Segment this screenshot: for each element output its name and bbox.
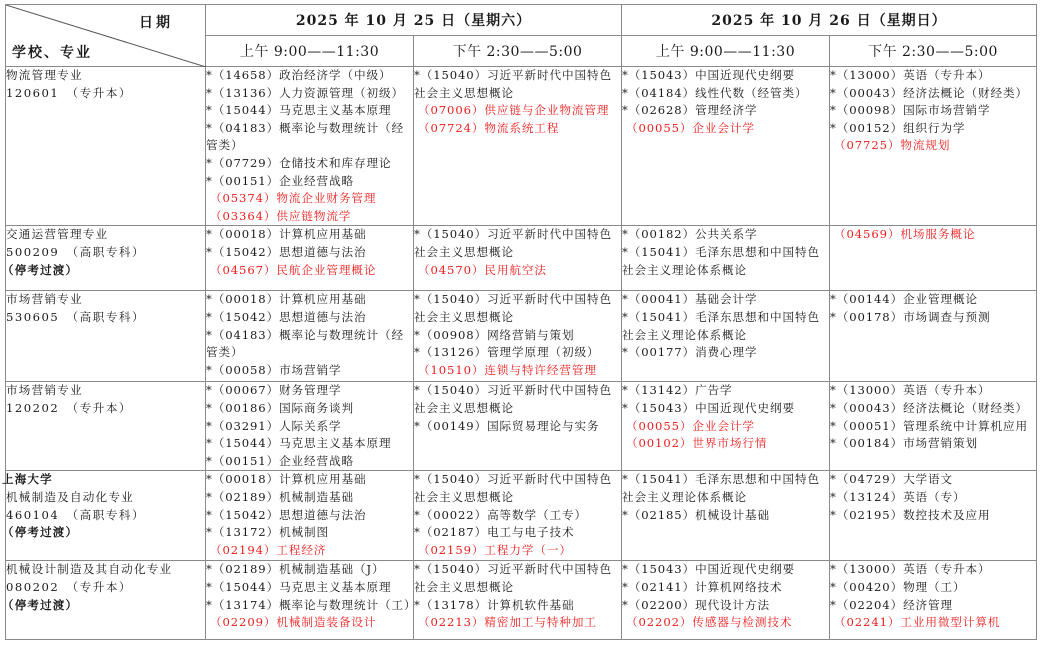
course-item: *（00018）计算机应用基础 <box>206 226 413 244</box>
exam-slot-cell: *（00182）公共关系学*（15041）毛泽东思想和中国特色社会主义理论体系概… <box>622 226 830 291</box>
major-name: 市场营销专业 <box>6 382 205 400</box>
course-item-highlighted: （03364）供应链物流学 <box>206 208 413 226</box>
course-item: *（00018）计算机应用基础 <box>206 291 413 309</box>
course-item-highlighted: （02209）机械制造装备设计 <box>206 614 413 632</box>
slot-header-day2-am: 上午 9:00——11:30 <box>622 36 830 67</box>
exam-slot-cell: *（15040）习近平新时代中国特色社会主义思想概论（04570）民用航空法 <box>414 226 622 291</box>
course-item: *（02204）经济管理 <box>830 597 1036 615</box>
course-item: *（00151）企业经营战略 <box>206 453 413 471</box>
exam-slot-cell: *（15041）毛泽东思想和中国特色社会主义理论体系概论*（02185）机械设计… <box>622 471 830 561</box>
exam-slot-cell: *（15040）习近平新时代中国特色社会主义思想概论*（00149）国际贸易理论… <box>414 382 622 471</box>
course-item: *（15041）毛泽东思想和中国特色社会主义理论体系概论 <box>622 309 829 344</box>
transition-note: （停考过渡） <box>2 597 205 615</box>
course-item: *（00184）市场营销策划 <box>830 435 1036 453</box>
course-item-highlighted: （00055）企业会计学 <box>622 120 829 138</box>
course-item-highlighted: （07724）物流系统工程 <box>414 120 621 138</box>
course-item: *（15044）马克思主义基本原理 <box>206 435 413 453</box>
course-item: *（15043）中国近现代史纲要 <box>622 561 829 579</box>
course-item: *（13000）英语（专升本） <box>830 382 1036 400</box>
exam-slot-cell: *（14658）政治经济学（中级）*（13136）人力资源管理（初级）*（150… <box>206 67 414 226</box>
course-item: *（00051）管理系统中计算机应用 <box>830 418 1036 436</box>
course-item: *（15040）习近平新时代中国特色社会主义思想概论 <box>414 382 621 417</box>
course-item: *（04183）概率论与数理统计（经管类） <box>206 327 413 362</box>
course-item-highlighted: （02194）工程经济 <box>206 542 413 560</box>
course-item: *（15041）毛泽东思想和中国特色社会主义理论体系概论 <box>622 244 829 279</box>
transition-note: （停考过渡） <box>2 524 205 542</box>
exam-slot-cell: （04569）机场服务概论 <box>830 226 1037 291</box>
exam-slot-cell: *（13000）英语（专升本）*（00043）经济法概论（财经类）*（00051… <box>830 382 1037 471</box>
course-item: *（02185）机械设计基础 <box>622 507 829 525</box>
course-item: *（15041）毛泽东思想和中国特色社会主义理论体系概论 <box>622 471 829 506</box>
course-item: *（00186）国际商务谈判 <box>206 400 413 418</box>
course-item: *（13000）英语（专升本） <box>830 561 1036 579</box>
course-item-highlighted: （04570）民用航空法 <box>414 262 621 280</box>
course-item: *（13136）人力资源管理（初级） <box>206 85 413 103</box>
course-item: *（02628）管理经济学 <box>622 102 829 120</box>
table-row: 市场营销专业120202 （专升本）*（00067）财务管理学*（00186）国… <box>6 382 1037 471</box>
course-item-highlighted: （02241）工业用微型计算机 <box>830 614 1036 632</box>
course-item: *（15040）习近平新时代中国特色社会主义思想概论 <box>414 291 621 326</box>
course-item-highlighted: （02159）工程力学（一） <box>414 542 621 560</box>
course-item: *（13174）概率论与数理统计（工） <box>206 597 413 615</box>
exam-slot-cell: *（02189）机械制造基础（J）*（15044）马克思主义基本原理*（1317… <box>206 561 414 640</box>
major-name: 机械设计制造及其自动化专业 <box>6 561 205 579</box>
major-code-level: 120601 （专升本） <box>6 85 205 103</box>
course-item: *（00151）企业经营战略 <box>206 173 413 191</box>
corner-date-label: 日期 <box>139 12 173 32</box>
course-item-highlighted: （00055）企业会计学 <box>622 418 829 436</box>
major-name: 机械制造及自动化专业 <box>6 489 205 507</box>
course-item: *（04184）线性代数（经管类） <box>622 85 829 103</box>
course-item: *（15043）中国近现代史纲要 <box>622 400 829 418</box>
exam-slot-cell: *（00018）计算机应用基础*（15042）思想道德与法治*（04183）概率… <box>206 291 414 382</box>
exam-slot-cell: *（00067）财务管理学*（00186）国际商务谈判*（03291）人际关系学… <box>206 382 414 471</box>
major-code-level: 500209 （高职专科） <box>6 244 205 262</box>
exam-slot-cell: *（15040）习近平新时代中国特色社会主义思想概论*（00908）网络营销与策… <box>414 291 622 382</box>
course-item-highlighted: （07725）物流规划 <box>830 137 1036 155</box>
course-item: *（00152）组织行为学 <box>830 120 1036 138</box>
exam-slot-cell: *（15043）中国近现代史纲要*（02141）计算机网络技术*（02200）现… <box>622 561 830 640</box>
course-item: *（13142）广告学 <box>622 382 829 400</box>
major-code-level: 530605 （高职专科） <box>6 309 205 327</box>
major-name: 市场营销专业 <box>6 291 205 309</box>
course-item: *（15042）思想道德与法治 <box>206 507 413 525</box>
course-item-highlighted: （04569）机场服务概论 <box>830 226 1036 244</box>
course-item: *（00041）基础会计学 <box>622 291 829 309</box>
course-item: *（00420）物理（工） <box>830 579 1036 597</box>
major-code-level: 080202 （专升本） <box>6 579 205 597</box>
course-item: *（13124）英语（专） <box>830 489 1036 507</box>
course-item: *（07729）仓储技术和库存理论 <box>206 155 413 173</box>
course-item-highlighted: （05374）物流企业财务管理 <box>206 190 413 208</box>
course-item: *（15042）思想道德与法治 <box>206 309 413 327</box>
major-code-level: 460104 （高职专科） <box>6 507 205 525</box>
course-item: *（00018）计算机应用基础 <box>206 471 413 489</box>
course-item: *（13000）英语（专升本） <box>830 67 1036 85</box>
slot-header-day2-pm: 下午 2:30——5:00 <box>830 36 1037 67</box>
table-row: 上海大学机械制造及自动化专业460104 （高职专科）（停考过渡）*（00018… <box>6 471 1037 561</box>
course-item-highlighted: （07006）供应链与企业物流管理 <box>414 102 621 120</box>
course-item: *（13126）管理学原理（初级） <box>414 344 621 362</box>
major-cell: 机械设计制造及其自动化专业080202 （专升本）（停考过渡） <box>6 561 206 640</box>
major-cell: 交通运营管理专业500209 （高职专科）（停考过渡） <box>6 226 206 291</box>
course-item-highlighted: （04567）民航企业管理概论 <box>206 262 413 280</box>
major-cell: 上海大学机械制造及自动化专业460104 （高职专科）（停考过渡） <box>6 471 206 561</box>
corner-school-label: 学校、专业 <box>12 42 92 62</box>
course-item: *（15040）习近平新时代中国特色社会主义思想概论 <box>414 67 621 102</box>
course-item: *（00067）财务管理学 <box>206 382 413 400</box>
exam-slot-cell: *（15040）习近平新时代中国特色社会主义思想概论*（00022）高等数学（工… <box>414 471 622 561</box>
course-item: *（04183）概率论与数理统计（经管类） <box>206 120 413 155</box>
course-item-highlighted: （02202）传感器与检测技术 <box>622 614 829 632</box>
exam-schedule-table: 日期 学校、专业 2025 年 10 月 25 日（星期六） 2025 年 10… <box>5 4 1037 640</box>
table-row: 交通运营管理专业500209 （高职专科）（停考过渡）*（00018）计算机应用… <box>6 226 1037 291</box>
transition-note: （停考过渡） <box>2 262 205 280</box>
exam-slot-cell: *（00018）计算机应用基础*（15042）思想道德与法治（04567）民航企… <box>206 226 414 291</box>
course-item-highlighted: （10510）连锁与特许经营管理 <box>414 362 621 380</box>
course-item: *（15040）习近平新时代中国特色社会主义思想概论 <box>414 226 621 261</box>
exam-slot-cell: *（13000）英语（专升本）*（00420）物理（工）*（02204）经济管理… <box>830 561 1037 640</box>
exam-slot-cell: *（13142）广告学*（15043）中国近现代史纲要（00055）企业会计学（… <box>622 382 830 471</box>
course-item: *（02141）计算机网络技术 <box>622 579 829 597</box>
course-item: *（15043）中国近现代史纲要 <box>622 67 829 85</box>
course-item: *（13172）机械制图 <box>206 524 413 542</box>
exam-slot-cell: *（00144）企业管理概论*（00178）市场调查与预测 <box>830 291 1037 382</box>
table-row: 物流管理专业120601 （专升本）*（14658）政治经济学（中级）*（131… <box>6 67 1037 226</box>
major-cell: 物流管理专业120601 （专升本） <box>6 67 206 226</box>
course-item: *（13178）计算机软件基础 <box>414 597 621 615</box>
course-item: *（00149）国际贸易理论与实务 <box>414 418 621 436</box>
course-item: *（02200）现代设计方法 <box>622 597 829 615</box>
course-item: *（00098）国际市场营销学 <box>830 102 1036 120</box>
course-item: *（02187）电工与电子技术 <box>414 524 621 542</box>
table-row: 机械设计制造及其自动化专业080202 （专升本）（停考过渡）*（02189）机… <box>6 561 1037 640</box>
course-item: *（00182）公共关系学 <box>622 226 829 244</box>
course-item: *（00177）消费心理学 <box>622 344 829 362</box>
slot-header-day1-am: 上午 9:00——11:30 <box>206 36 414 67</box>
course-item: *（02189）机械制造基础 <box>206 489 413 507</box>
exam-slot-cell: *（13000）英语（专升本）*（00043）经济法概论（财经类）*（00098… <box>830 67 1037 226</box>
course-item: *（00058）市场营销学 <box>206 362 413 380</box>
exam-slot-cell: *（15043）中国近现代史纲要*（04184）线性代数（经管类）*（02628… <box>622 67 830 226</box>
slot-header-day1-pm: 下午 2:30——5:00 <box>414 36 622 67</box>
school-name: 上海大学 <box>2 471 205 489</box>
course-item: *（15042）思想道德与法治 <box>206 244 413 262</box>
course-item: *（00144）企业管理概论 <box>830 291 1036 309</box>
course-item: *（15040）习近平新时代中国特色社会主义思想概论 <box>414 561 621 596</box>
course-item: *（15040）习近平新时代中国特色社会主义思想概论 <box>414 471 621 506</box>
course-item: *（00908）网络营销与策划 <box>414 327 621 345</box>
exam-slot-cell: *（15040）习近平新时代中国特色社会主义思想概论（07006）供应链与企业物… <box>414 67 622 226</box>
course-item: *（00022）高等数学（工专） <box>414 507 621 525</box>
exam-slot-cell: *（15040）习近平新时代中国特色社会主义思想概论*（13178）计算机软件基… <box>414 561 622 640</box>
course-item: *（00043）经济法概论（财经类） <box>830 85 1036 103</box>
course-item: *（15044）马克思主义基本原理 <box>206 102 413 120</box>
exam-slot-cell: *（00018）计算机应用基础*（02189）机械制造基础*（15042）思想道… <box>206 471 414 561</box>
day-header-1: 2025 年 10 月 25 日（星期六） <box>206 5 622 36</box>
day-header-2: 2025 年 10 月 26 日（星期日） <box>622 5 1037 36</box>
course-item: *（02189）机械制造基础（J） <box>206 561 413 579</box>
major-code-level: 120202 （专升本） <box>6 400 205 418</box>
major-cell: 市场营销专业120202 （专升本） <box>6 382 206 471</box>
major-cell: 市场营销专业530605 （高职专科） <box>6 291 206 382</box>
course-item: *（15044）马克思主义基本原理 <box>206 579 413 597</box>
corner-header-cell: 日期 学校、专业 <box>6 5 206 67</box>
course-item: *（14658）政治经济学（中级） <box>206 67 413 85</box>
exam-slot-cell: *（00041）基础会计学*（15041）毛泽东思想和中国特色社会主义理论体系概… <box>622 291 830 382</box>
course-item-highlighted: （02213）精密加工与特种加工 <box>414 614 621 632</box>
exam-slot-cell: *（04729）大学语文*（13124）英语（专）*（02195）数控技术及应用 <box>830 471 1037 561</box>
course-item-highlighted: （00102）世界市场行情 <box>622 435 829 453</box>
major-name: 交通运营管理专业 <box>6 226 205 244</box>
table-row: 市场营销专业530605 （高职专科）*（00018）计算机应用基础*（1504… <box>6 291 1037 382</box>
major-name: 物流管理专业 <box>6 67 205 85</box>
course-item: *（03291）人际关系学 <box>206 418 413 436</box>
course-item: *（00178）市场调查与预测 <box>830 309 1036 327</box>
course-item: *（02195）数控技术及应用 <box>830 507 1036 525</box>
course-item: *（04729）大学语文 <box>830 471 1036 489</box>
course-item: *（00043）经济法概论（财经类） <box>830 400 1036 418</box>
